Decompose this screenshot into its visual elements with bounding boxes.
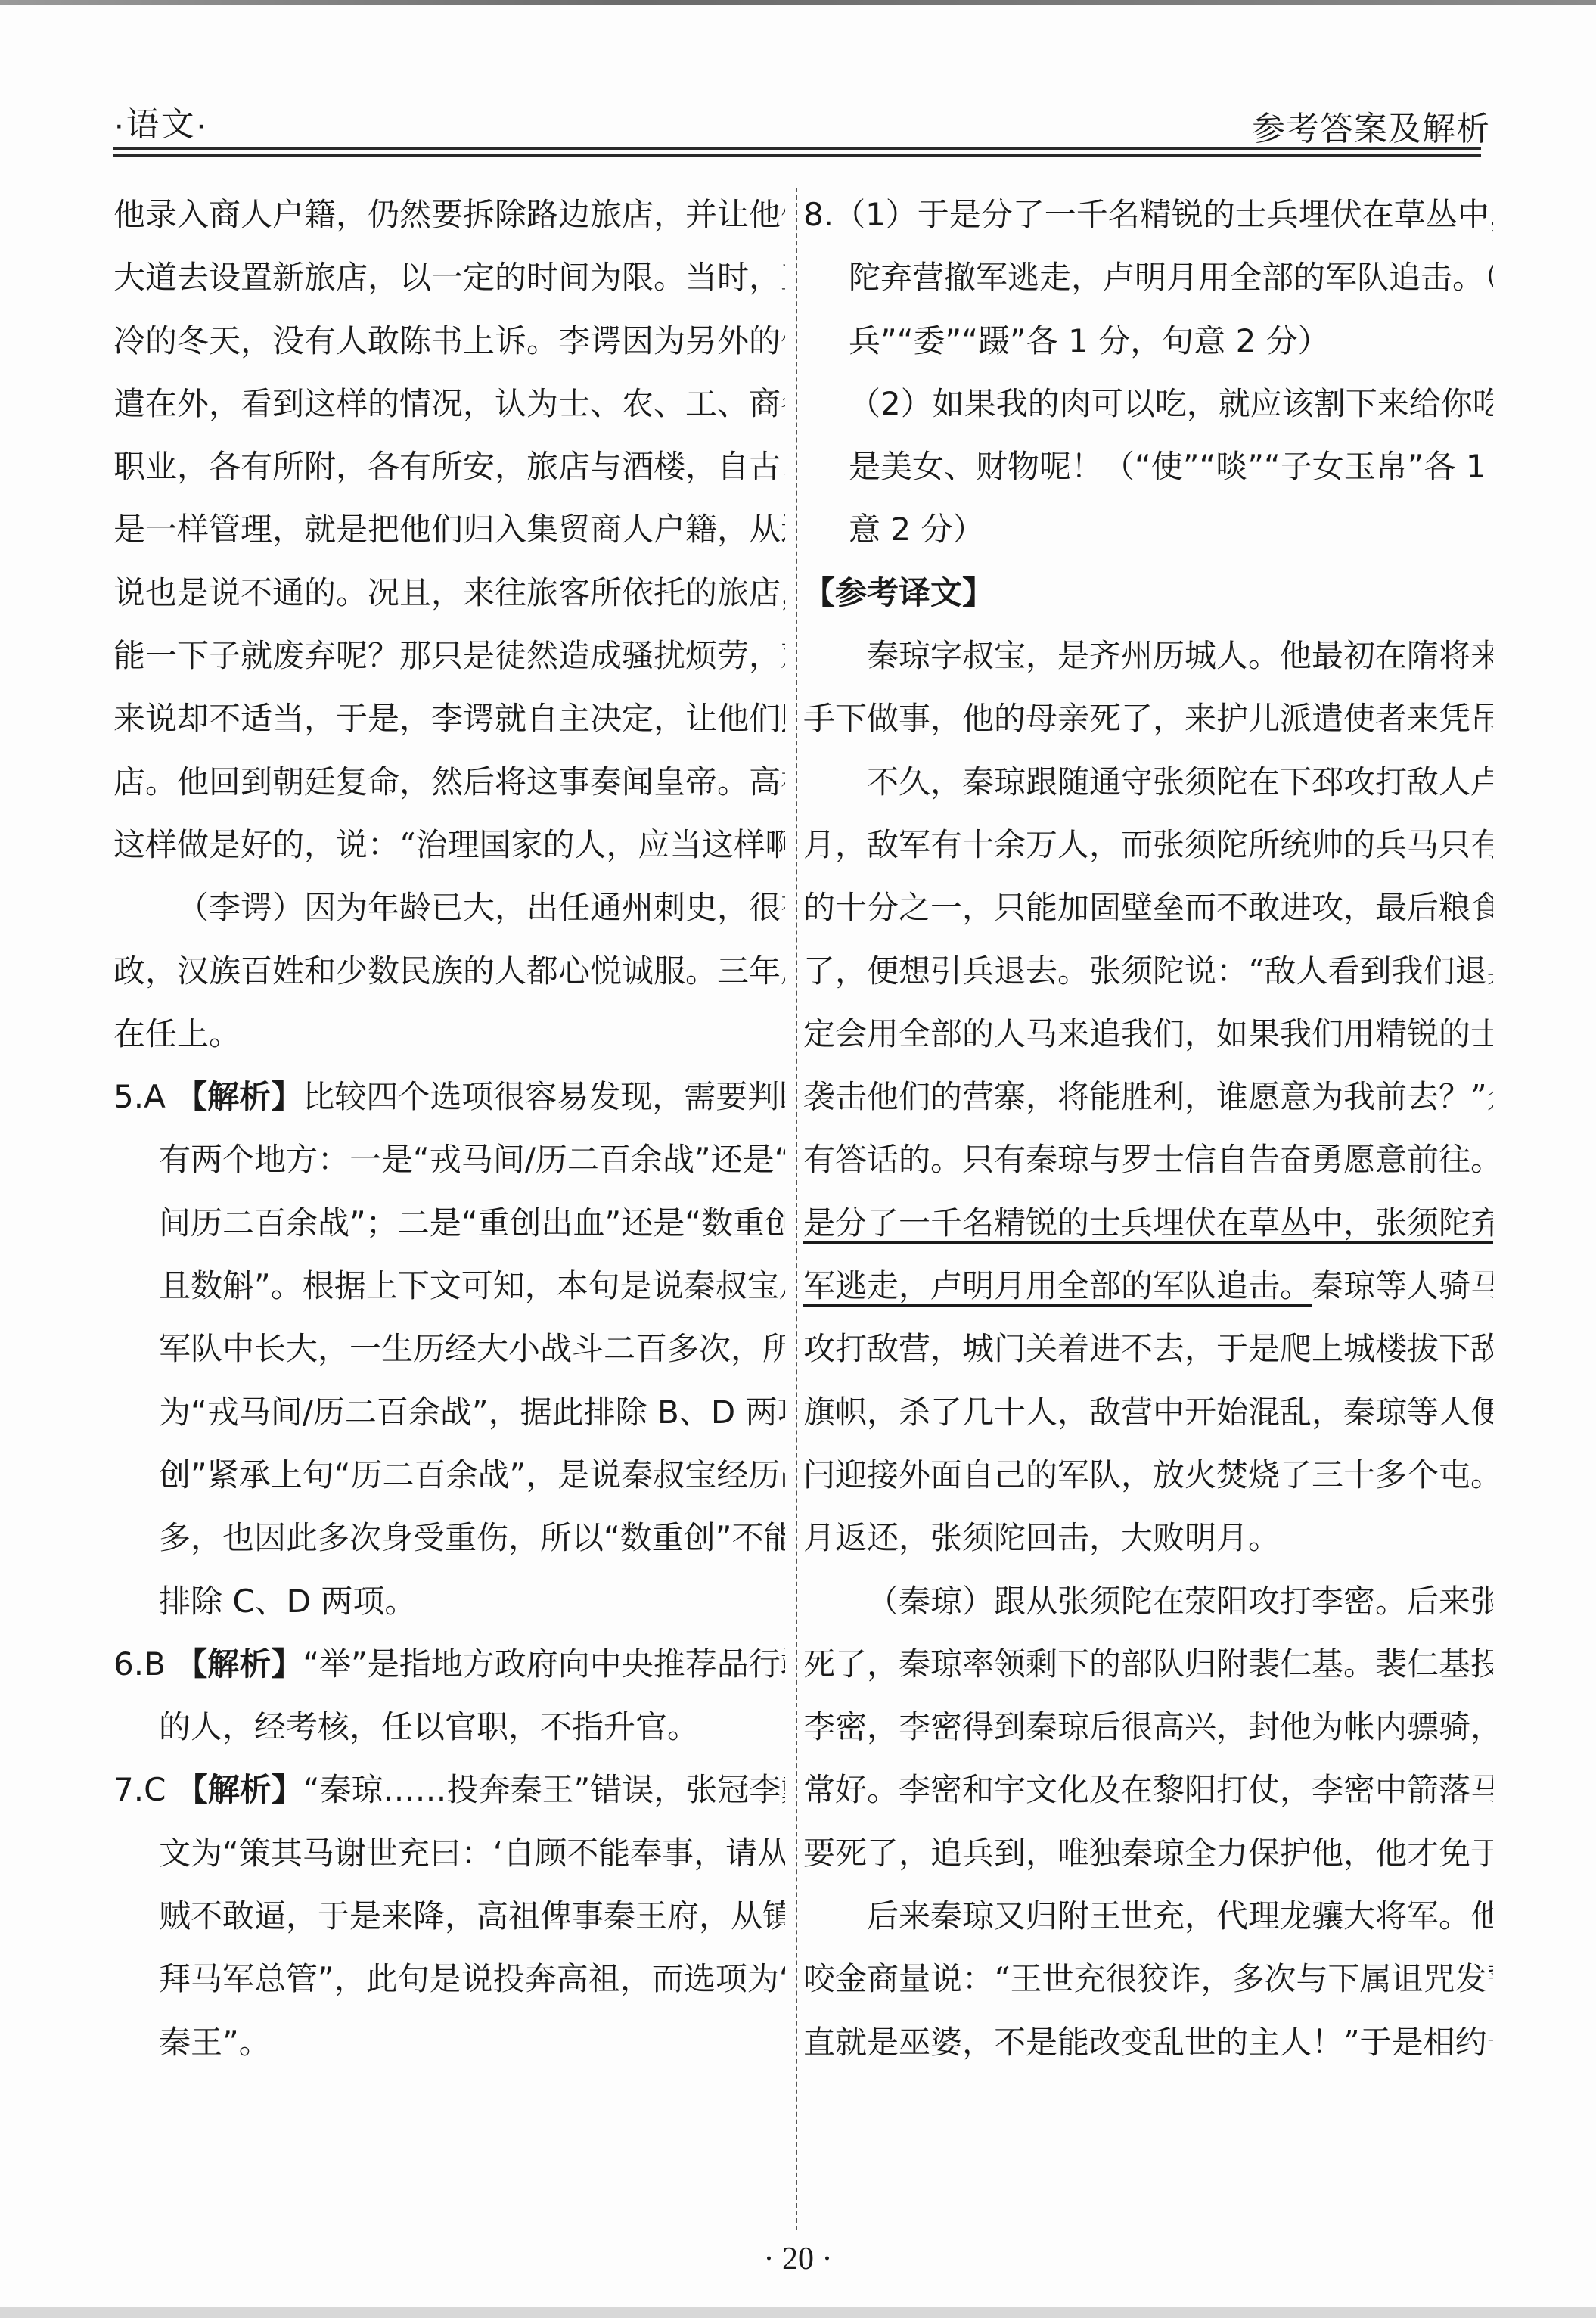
answer-first-line: 5.A 【解析】比较四个选项很容易发现，需要判断的 (113, 1065, 785, 1128)
text-line: “举”是指地方政府向中央推荐品行端正 (303, 1645, 785, 1683)
text-line: 在任上。 (113, 1002, 785, 1065)
text-line: 攻打敌营，城门关着进不去，于是爬上城楼拔下敌人的 (803, 1317, 1493, 1380)
scan-edge-bottom (0, 2307, 1596, 2318)
header-rule-thin (113, 154, 1481, 157)
text-line: 店。他回到朝廷复命，然后将这事奏闻皇帝。高祖认为 (113, 750, 785, 813)
column-divider (796, 188, 797, 2230)
answer-choice: B (144, 1645, 166, 1683)
text-line: 贼不敢逼，于是来降，高祖俾事秦王府，从镇长春宫， (113, 1885, 785, 1947)
answer-8: 8.（1）于是分了一千名精锐的士兵埋伏在草丛中，张须 陀弃营撤军逃走，卢明月用全… (803, 183, 1493, 561)
text-line: 不久，秦琼跟随通守张须陀在下邳攻打敌人卢明 (803, 750, 1493, 813)
answer-first-line: 7.C 【解析】“秦琼……投奔秦王”错误，张冠李戴，原 (113, 1758, 785, 1821)
text-line: 死了，秦琼率领剩下的部队归附裴仁基。裴仁基投降了 (803, 1633, 1493, 1695)
text-line: 有两个地方：一是“戎马间/历二百余战”还是“戎马/ (113, 1128, 785, 1191)
translation-paragraph-2: （李谔）因为年龄已大，出任通州刺史，很有仁爱之 政，汉族百姓和少数民族的人都心悦… (113, 876, 785, 1065)
text-line: 文为“策其马谢世充曰：‘自顾不能奉事，请从此辞。’ (113, 1822, 785, 1885)
text-line: 来说却不适当，于是，李谔就自主决定，让他们照旧开 (113, 687, 785, 750)
text-line: 要死了，追兵到，唯独秦琼全力保护他，他才免于一死。 (803, 1822, 1493, 1885)
text-line: 是分了一千名精锐的士兵埋伏在草丛中，张须陀弃营撤 (803, 1192, 1493, 1254)
translation-paragraph-3: （秦琼）跟从张须陀在荥阳攻打李密。后来张须陀 死了，秦琼率领剩下的部队归附裴仁基… (803, 1570, 1493, 1885)
text-line: （1）于是分了一千名精锐的士兵埋伏在草丛中，张须 (834, 196, 1493, 233)
text-line: 秦琼字叔宝，是齐州历城人。他最初在隋将来护儿 (803, 624, 1493, 687)
answer-choice: A (144, 1078, 166, 1115)
text-line: 多，也因此多次身受重伤，所以“数重创”不能断开， (113, 1506, 785, 1569)
text-line: 且数斛”。根据上下文可知，本句是说秦叔宝从小在 (113, 1254, 785, 1317)
text-line: “秦琼……投奔秦王”错误，张冠李戴，原 (303, 1771, 785, 1808)
translation-paragraph-2: 不久，秦琼跟随通守张须陀在下邳攻打敌人卢明 月，敌军有十余万人，而张须陀所统帅的… (803, 750, 1493, 1570)
text-line: 他录入商人户籍，仍然要拆除路边旅店，并让他们远离 (113, 183, 785, 246)
text-line: 陀弃营撤军逃走，卢明月用全部的军队追击。（“劲 (803, 246, 1493, 309)
answer-number: 5. (113, 1078, 144, 1115)
text-line: （李谔）因为年龄已大，出任通州刺史，很有仁爱之 (113, 876, 785, 939)
answer-number: 7. (113, 1771, 144, 1808)
page-number: · 20 · (0, 2241, 1596, 2277)
text-line: 定会用全部的人马来追我们，如果我们用精锐的士兵去 (803, 1002, 1493, 1065)
answer-7: 7.C 【解析】“秦琼……投奔秦王”错误，张冠李戴，原 文为“策其马谢世充曰：‘… (113, 1758, 785, 2073)
text-line: 这样做是好的，说：“治理国家的人，应当这样啊。” (113, 813, 785, 876)
header-rule-thick (113, 147, 1481, 150)
text-line: 李密，李密得到秦琼后很高兴，封他为帐内骠骑，待他非 (803, 1695, 1493, 1758)
text-line: 有答话的。只有秦琼与罗士信自告奋勇愿意前往。于 (803, 1128, 1493, 1191)
text-line: 职业，各有所附，各有所安，旅店与酒楼，自古以来就不 (113, 435, 785, 498)
answer-6: 6.B 【解析】“举”是指地方政府向中央推荐品行端正 的人，经考核，任以官职，不… (113, 1633, 785, 1759)
text-line: 说也是说不通的。况且，来往旅客所依托的旅店，怎么 (113, 561, 785, 624)
left-column: 他录入商人户籍，仍然要拆除路边旅店，并让他们远离 大道去设置新旅店，以一定的时间… (113, 183, 785, 2074)
text-line: 冷的冬天，没有人敢陈书上诉。李谔因为另外的任务差 (113, 309, 785, 372)
text-line: 的十分之一，只能加固壁垒而不敢进攻，最后粮食吃完 (803, 876, 1493, 939)
answer-5: 5.A 【解析】比较四个选项很容易发现，需要判断的 有两个地方：一是“戎马间/历… (113, 1065, 785, 1633)
text-line: 意 2 分） (803, 498, 1493, 561)
text-line: 遣在外，看到这样的情况，认为士、农、工、商各有自己的 (113, 372, 785, 435)
text-line: 排除 C、D 两项。 (113, 1570, 785, 1633)
analysis-tag: 【解析】 (176, 1771, 303, 1808)
answer-number: 6. (113, 1645, 144, 1683)
underlined-key-sentence: 是分了一千名精锐的士兵埋伏在草丛中，张须陀弃营撤 (803, 1204, 1493, 1241)
text-line: 闩迎接外面自己的军队，放火焚烧了三十多个屯。卢明 (803, 1443, 1493, 1506)
text-line: 直就是巫婆，不是能改变乱世的主人！”于是相约一同 (803, 2011, 1493, 2074)
text-line: 月返还，张须陀回击，大败明月。 (803, 1506, 1493, 1569)
text-line: 袭击他们的营寨，将能胜利，谁愿意为我前去？”众人没 (803, 1065, 1493, 1128)
subject-label: ·语文· (113, 97, 208, 145)
translation-continued: 他录入商人户籍，仍然要拆除路边旅店，并让他们远离 大道去设置新旅店，以一定的时间… (113, 183, 785, 876)
text-line: （秦琼）跟从张须陀在荥阳攻打李密。后来张须陀 (803, 1570, 1493, 1633)
text-line: 是美女、财物呢！（“使”“啖”“子女玉帛”各 1 分，句 (803, 435, 1493, 498)
analysis-tag: 【解析】 (175, 1645, 303, 1683)
text-line: 的人，经考核，任以官职，不指升官。 (113, 1695, 785, 1758)
text-line: 手下做事，他的母亲死了，来护儿派遣使者来凭吊她。 (803, 687, 1493, 750)
text-line: 是一样管理，就是把他们归入集贸商人户籍，从道理上 (113, 498, 785, 561)
text-line: 为“戎马间/历二百余战”，据此排除 B、D 两项；“数重 (113, 1381, 785, 1443)
text-line: 兵”“委”“蹑”各 1 分，句意 2 分） (803, 309, 1493, 372)
answer-choice: C (144, 1771, 166, 1808)
translation-paragraph-4: 后来秦琼又归附王世充，代理龙骧大将军。他和程 咬金商量说：“王世充很狡诈，多次与… (803, 1885, 1493, 2074)
section-title: 参考答案及解析 (1252, 101, 1490, 150)
text-line: 后来秦琼又归附王世充，代理龙骧大将军。他和程 (803, 1885, 1493, 1947)
text-line: 常好。李密和宇文化及在黎阳打仗，李密中箭落马，快 (803, 1758, 1493, 1821)
text-line: 间历二百余战”；二是“重创出血”还是“数重创/出血 (113, 1192, 785, 1254)
translation-paragraph-1: 秦琼字叔宝，是齐州历城人。他最初在隋将来护儿 手下做事，他的母亲死了，来护儿派遣… (803, 624, 1493, 750)
text-line: 秦王”。 (113, 2011, 785, 2074)
answer-first-line: 8.（1）于是分了一千名精锐的士兵埋伏在草丛中，张须 (803, 183, 1493, 246)
text-line: 拜马军总管”，此句是说投奔高祖，而选项为“投奔 (113, 1947, 785, 2010)
text-line: 了，便想引兵退去。张须陀说：“敌人看到我们退兵，一 (803, 940, 1493, 1002)
answer-first-line: 6.B 【解析】“举”是指地方政府向中央推荐品行端正 (113, 1633, 785, 1695)
text-line: 咬金商量说：“王世充很狡诈，多次与下属诅咒发誓，简 (803, 1947, 1493, 2010)
right-column: 8.（1）于是分了一千名精锐的士兵埋伏在草丛中，张须 陀弃营撤军逃走，卢明月用全… (803, 183, 1493, 2074)
text-line: 政，汉族百姓和少数民族的人都心悦诚服。三年后，死 (113, 940, 785, 1002)
text-line: 军队中长大，一生历经大小战斗二百多次，所以断句 (113, 1317, 785, 1380)
text-line: 旗帜，杀了几十人，敌营中开始混乱，秦琼等人便砍断门 (803, 1381, 1493, 1443)
text-line: 比较四个选项很容易发现，需要判断的 (303, 1078, 785, 1115)
text-line: 月，敌军有十余万人，而张须陀所统帅的兵马只有敌人 (803, 813, 1493, 876)
scan-edge-top (0, 0, 1596, 5)
text-line: 大道去设置新旅店，以一定的时间为限。当时，正值寒 (113, 246, 785, 309)
text-line: 军逃走，卢明月用全部的军队追击。秦琼等人骑马快速 (803, 1254, 1493, 1317)
text-segment: 秦琼等人骑马快速 (1312, 1267, 1493, 1304)
answer-number: 8. (803, 196, 834, 233)
underlined-key-sentence: 军逃走，卢明月用全部的军队追击。 (803, 1267, 1312, 1304)
text-line: 能一下子就废弃呢？那只是徒然造成骚扰烦劳，对事实 (113, 624, 785, 687)
text-line: （2）如果我的肉可以吃，就应该割下来给你吃，何况 (803, 372, 1493, 435)
reference-translation-heading: 【参考译文】 (803, 561, 1493, 624)
analysis-tag: 【解析】 (175, 1078, 303, 1115)
text-segment: 有答话的。只有秦琼与罗士信自告奋勇愿意前往。 (803, 1141, 1493, 1178)
text-line: 创”紧承上句“历二百余战”，是说秦叔宝经历战斗太 (113, 1443, 785, 1506)
